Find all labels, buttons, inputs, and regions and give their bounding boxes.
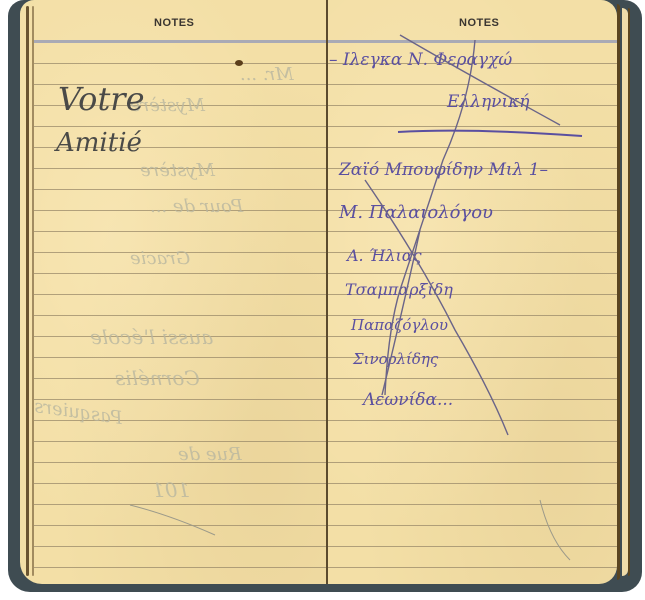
ruled-line (34, 189, 327, 190)
ruled-line (327, 483, 617, 484)
ruled-line (34, 231, 327, 232)
faded-text: Cornélis (115, 366, 200, 390)
ruled-line (327, 378, 617, 379)
ruled-line (327, 189, 617, 190)
faded-text: aussi l'école (90, 325, 213, 349)
ruled-line (327, 147, 617, 148)
ink-line-3: Ζαϊό Μπουφίδην Μιλ 1– (339, 160, 548, 180)
faded-text: Gracie (130, 248, 190, 269)
faded-text: 101 (152, 478, 190, 502)
ruled-line (34, 126, 327, 127)
ruled-line (327, 126, 617, 127)
ruled-line (327, 84, 617, 85)
ink-line-9: Λεωνίδα... (363, 390, 453, 410)
ink-line-2: Ελληνική (447, 92, 529, 112)
page-stack-edge (617, 4, 620, 580)
ruled-line (327, 336, 617, 337)
ruled-line (327, 441, 617, 442)
ruled-line (34, 546, 327, 547)
ruled-line (327, 462, 617, 463)
left-page: NOTES Mr. ... Mystère Mystère Pour de ..… (20, 0, 327, 584)
ruled-line (34, 294, 327, 295)
ruled-line (34, 441, 327, 442)
ruled-line (327, 567, 617, 568)
faded-text: Mr. ... (240, 64, 294, 85)
ink-line-1: – Ιλεγκα Ν. Φεραγχώ (329, 50, 512, 70)
ink-line-8: Σινορλίδης (353, 350, 438, 368)
ink-line-5: Α. Ήλιας (347, 246, 422, 265)
ink-line-7: Παπαζόγλου (351, 316, 448, 334)
faded-text: Mystère (140, 160, 215, 181)
ruled-line (327, 420, 617, 421)
right-page: NOTES – Ιλεγκα Ν. Φεραγχώ Ελληνική Ζαϊό … (327, 0, 617, 584)
faded-text: Pour de ... (150, 196, 243, 217)
ruled-line (34, 504, 327, 505)
ruled-line (327, 525, 617, 526)
ruled-line (327, 231, 617, 232)
pencil-text-votre: Votre (58, 80, 145, 118)
page-gutter (326, 0, 328, 584)
ruled-line (34, 357, 327, 358)
ruled-line (34, 273, 327, 274)
ruled-line (327, 504, 617, 505)
ruled-line (34, 399, 327, 400)
ruled-line (34, 525, 327, 526)
faded-text: Rue de (178, 444, 242, 465)
ink-line-6: Τσαμπαρξίδη (345, 280, 453, 299)
ruled-line (327, 546, 617, 547)
ruled-line (34, 567, 327, 568)
ink-line-4: Μ. Παλαιολόγου (339, 202, 493, 223)
ruled-line (34, 315, 327, 316)
ruled-line (327, 273, 617, 274)
page-stack-edge (628, 8, 630, 576)
pencil-text-amitie: Amitié (56, 128, 142, 158)
